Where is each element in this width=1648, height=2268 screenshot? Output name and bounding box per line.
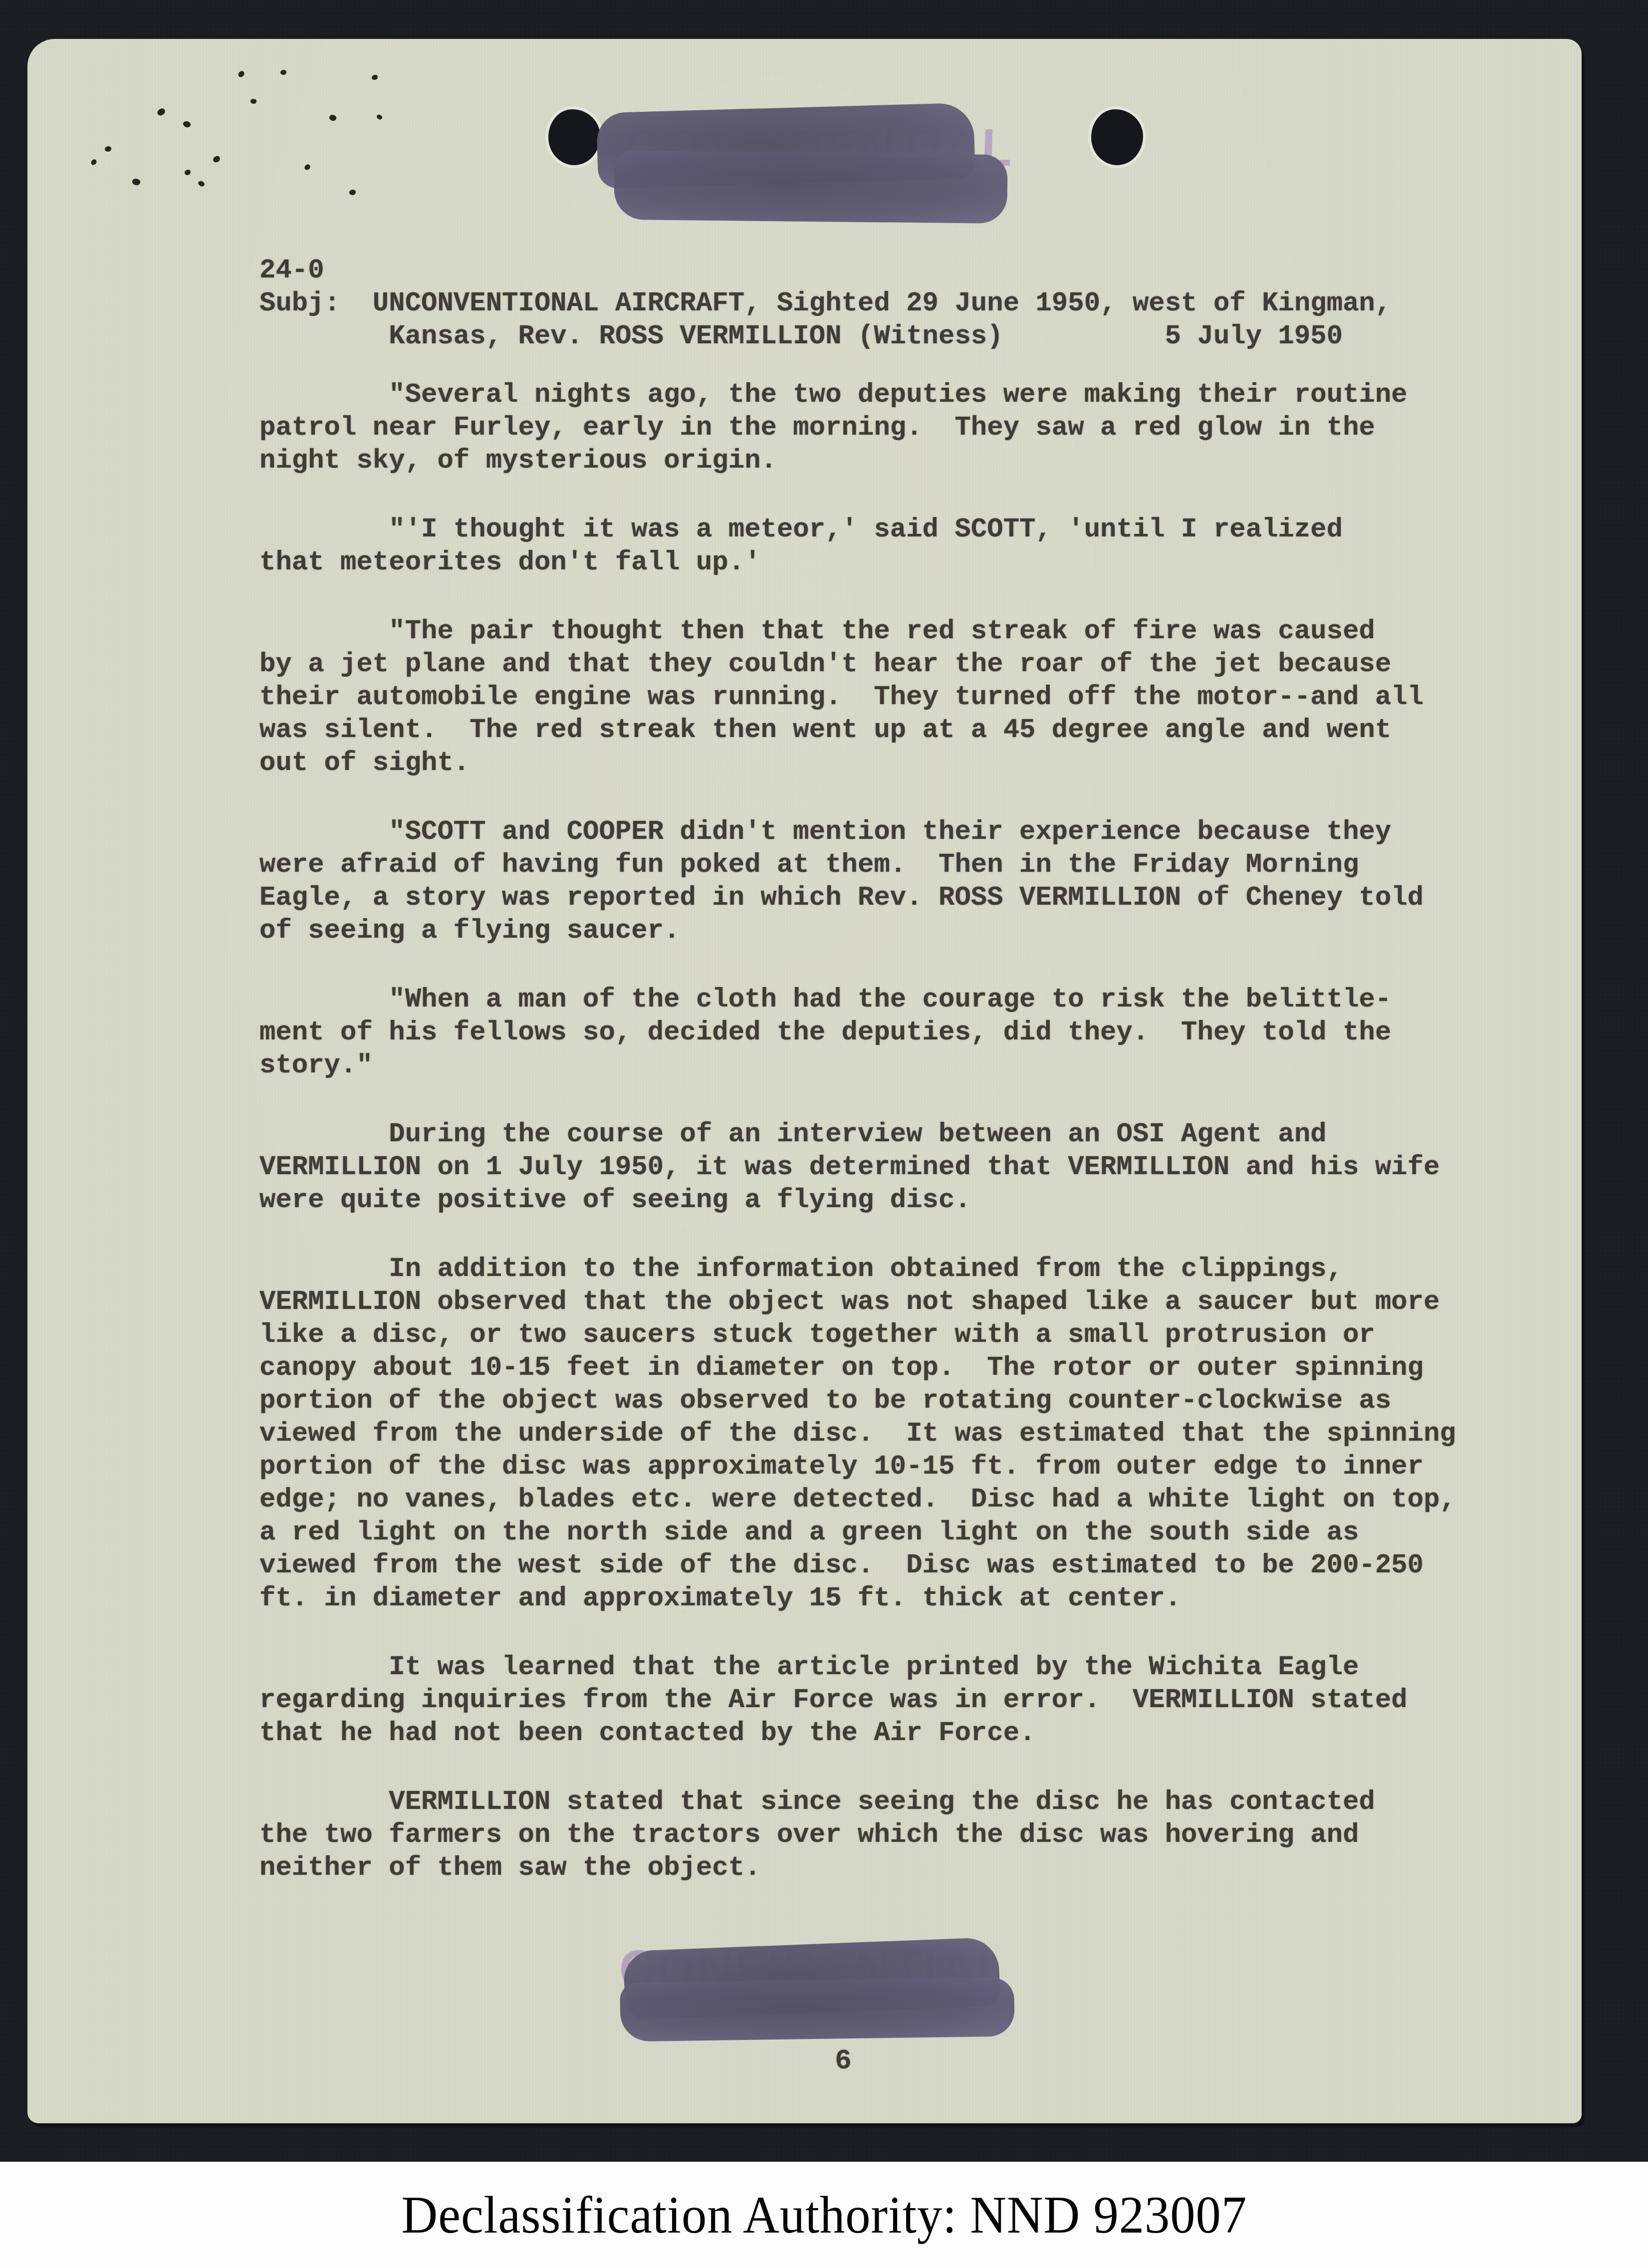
- typed-line: story.": [259, 1049, 1567, 1082]
- typed-line: of seeing a flying saucer.: [259, 915, 1567, 948]
- declassification-footer: Declassification Authority: NND 923007: [0, 2162, 1648, 2268]
- redaction-marker: [614, 151, 1007, 224]
- paragraph-1: "Several nights ago, the two deputies we…: [259, 379, 1567, 478]
- paragraph-9: VERMILLION stated that since seeing the …: [259, 1786, 1567, 1885]
- paper-speck: [280, 69, 287, 76]
- typed-line: viewed from the underside of the disc. I…: [259, 1418, 1567, 1451]
- paper-speck: [372, 75, 378, 80]
- paragraph-7: In addition to the information obtained …: [259, 1253, 1567, 1615]
- paper-speck: [328, 113, 337, 122]
- paragraph-6: During the course of an interview betwee…: [259, 1118, 1567, 1217]
- paper-speck: [250, 98, 257, 105]
- typed-line: "'I thought it was a meteor,' said SCOTT…: [259, 513, 1567, 546]
- subject-header: 24-0Subj: UNCONVENTIONAL AIRCRAFT, Sight…: [259, 254, 1567, 353]
- typed-line: the two farmers on the tractors over whi…: [259, 1819, 1567, 1852]
- typed-line: VERMILLION on 1 July 1950, it was determ…: [259, 1151, 1567, 1184]
- typed-line: It was learned that the article printed …: [259, 1651, 1567, 1684]
- redaction-marker: [620, 1977, 1015, 2041]
- paper-speck: [104, 146, 112, 152]
- typed-line: like a disc, or two saucers stuck togeth…: [259, 1319, 1567, 1352]
- paragraph-3: "The pair thought then that the red stre…: [259, 615, 1567, 780]
- typed-line: that meteorites don't fall up.': [259, 546, 1567, 579]
- typed-line: their automobile engine was running. The…: [259, 681, 1567, 714]
- typed-line: edge; no vanes, blades etc. were detecte…: [259, 1484, 1567, 1516]
- typed-line: were afraid of having fun poked at them.…: [259, 849, 1567, 882]
- typed-line: "The pair thought then that the red stre…: [259, 615, 1567, 648]
- paper-speck: [182, 120, 192, 129]
- typed-line: night sky, of mysterious origin.: [259, 445, 1567, 478]
- typed-line: patrol near Furley, early in the morning…: [259, 412, 1567, 445]
- document-page: CONFIDENTIAL 24-0Subj: UNCONVENTIONAL AI…: [27, 39, 1582, 2123]
- typed-line: "When a man of the cloth had the courage…: [259, 984, 1567, 1016]
- typed-line: "Several nights ago, the two deputies we…: [259, 379, 1567, 412]
- typed-line: 24-0: [259, 254, 1567, 287]
- paper-speck: [90, 158, 98, 166]
- typed-line: Kansas, Rev. ROSS VERMILLION (Witness) 5…: [259, 320, 1567, 353]
- typed-line: ment of his fellows so, decided the depu…: [259, 1016, 1567, 1049]
- typed-line: Eagle, a story was reported in which Rev…: [259, 882, 1567, 915]
- typed-line: that he had not been contacted by the Ai…: [259, 1717, 1567, 1750]
- paper-speck: [376, 113, 383, 120]
- paper-speck: [131, 177, 141, 187]
- paper-speck: [213, 155, 221, 163]
- paper-speck: [237, 70, 245, 78]
- paragraph-8: It was learned that the article printed …: [259, 1651, 1567, 1750]
- confidential-stamp-bottom: CONFIDENTIAL: [591, 1905, 1115, 2065]
- scan-background: CONFIDENTIAL 24-0Subj: UNCONVENTIONAL AI…: [0, 0, 1648, 2268]
- typed-line: ft. in diameter and approximately 15 ft.…: [259, 1582, 1567, 1615]
- typed-line: were quite positive of seeing a flying d…: [259, 1184, 1567, 1217]
- paragraph-5: "When a man of the cloth had the courage…: [259, 984, 1567, 1082]
- typed-line: viewed from the west side of the disc. D…: [259, 1549, 1567, 1582]
- typed-line: In addition to the information obtained …: [259, 1253, 1567, 1286]
- typed-line: portion of the object was observed to be…: [259, 1385, 1567, 1418]
- typed-line: Subj: UNCONVENTIONAL AIRCRAFT, Sighted 2…: [259, 287, 1567, 320]
- typed-line: by a jet plane and that they couldn't he…: [259, 648, 1567, 681]
- paragraph-2: "'I thought it was a meteor,' said SCOTT…: [259, 513, 1567, 579]
- hole-punch-left-icon: [548, 109, 600, 165]
- typed-line: During the course of an interview betwee…: [259, 1118, 1567, 1151]
- typed-line: neither of them saw the object.: [259, 1852, 1567, 1885]
- typed-line: was silent. The red streak then went up …: [259, 714, 1567, 747]
- typed-line: VERMILLION stated that since seeing the …: [259, 1786, 1567, 1819]
- typed-body: 24-0Subj: UNCONVENTIONAL AIRCRAFT, Sight…: [259, 254, 1567, 1921]
- paper-speck: [156, 108, 166, 117]
- paper-speck: [185, 170, 191, 175]
- page-number: 6: [821, 2045, 866, 2077]
- typed-line: VERMILLION observed that the object was …: [259, 1286, 1567, 1319]
- paper-speck: [303, 164, 311, 171]
- typed-line: canopy about 10-15 feet in diameter on t…: [259, 1352, 1567, 1385]
- typed-line: portion of the disc was approximately 10…: [259, 1451, 1567, 1484]
- confidential-stamp-top: CONFIDENTIAL: [596, 104, 1120, 263]
- typed-line: out of sight.: [259, 747, 1567, 780]
- paragraph-4: "SCOTT and COOPER didn't mention their e…: [259, 816, 1567, 948]
- typed-line: a red light on the north side and a gree…: [259, 1516, 1567, 1549]
- paper-speck: [197, 180, 205, 188]
- typed-line: "SCOTT and COOPER didn't mention their e…: [259, 816, 1567, 849]
- declassification-text: Declassification Authority: NND 923007: [401, 2185, 1247, 2246]
- typed-line: regarding inquiries from the Air Force w…: [259, 1684, 1567, 1717]
- paper-speck: [349, 189, 356, 196]
